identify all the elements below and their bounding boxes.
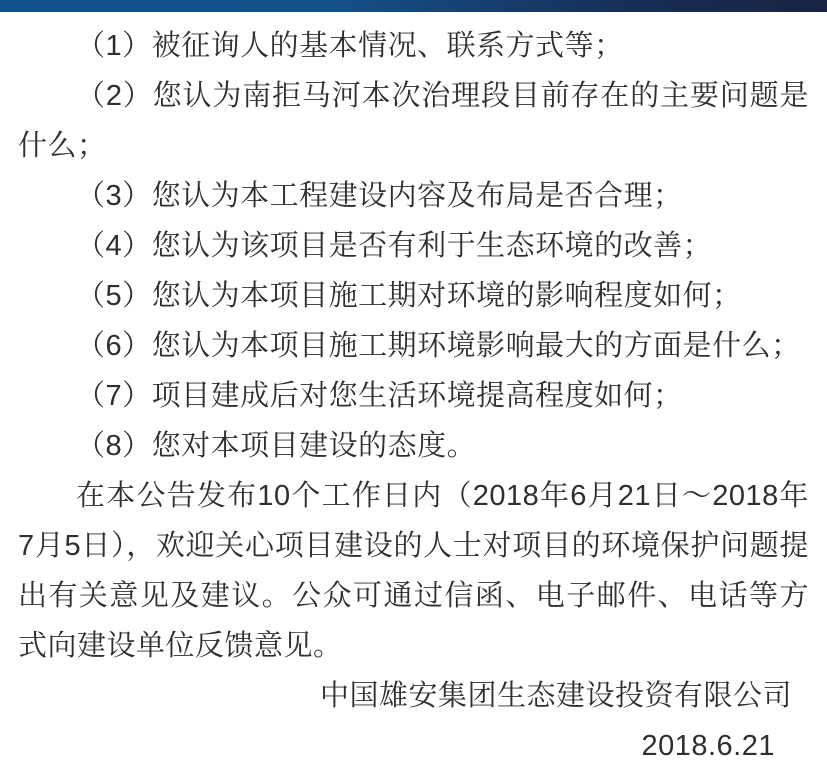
notice-item-4: （4）您认为该项目是否有利于生态环境的改善；: [18, 221, 809, 271]
company-signature: 中国雄安集团生态建设投资有限公司: [18, 671, 809, 721]
notice-item-7: （7）项目建成后对您生活环境提高程度如何；: [18, 371, 809, 421]
notice-item-6: （6）您认为本项目施工期环境影响最大的方面是什么；: [18, 321, 809, 371]
notice-page: （1）被征询人的基本情况、联系方式等； （2）您认为南拒马河本次治理段目前存在的…: [0, 0, 827, 778]
top-accent-bar: [0, 0, 827, 12]
closing-paragraph: 在本公告发布10个工作日内（2018年6月21日～2018年7月5日），欢迎关心…: [18, 471, 809, 671]
notice-item-5: （5）您认为本项目施工期对环境的影响程度如何；: [18, 271, 809, 321]
notice-item-1: （1）被征询人的基本情况、联系方式等；: [18, 21, 809, 71]
notice-item-2: （2）您认为南拒马河本次治理段目前存在的主要问题是什么；: [18, 71, 809, 171]
notice-body: （1）被征询人的基本情况、联系方式等； （2）您认为南拒马河本次治理段目前存在的…: [0, 21, 827, 771]
notice-date: 2018.6.21: [18, 721, 809, 771]
notice-item-8: （8）您对本项目建设的态度。: [18, 421, 809, 471]
notice-item-3: （3）您认为本工程建设内容及布局是否合理；: [18, 171, 809, 221]
